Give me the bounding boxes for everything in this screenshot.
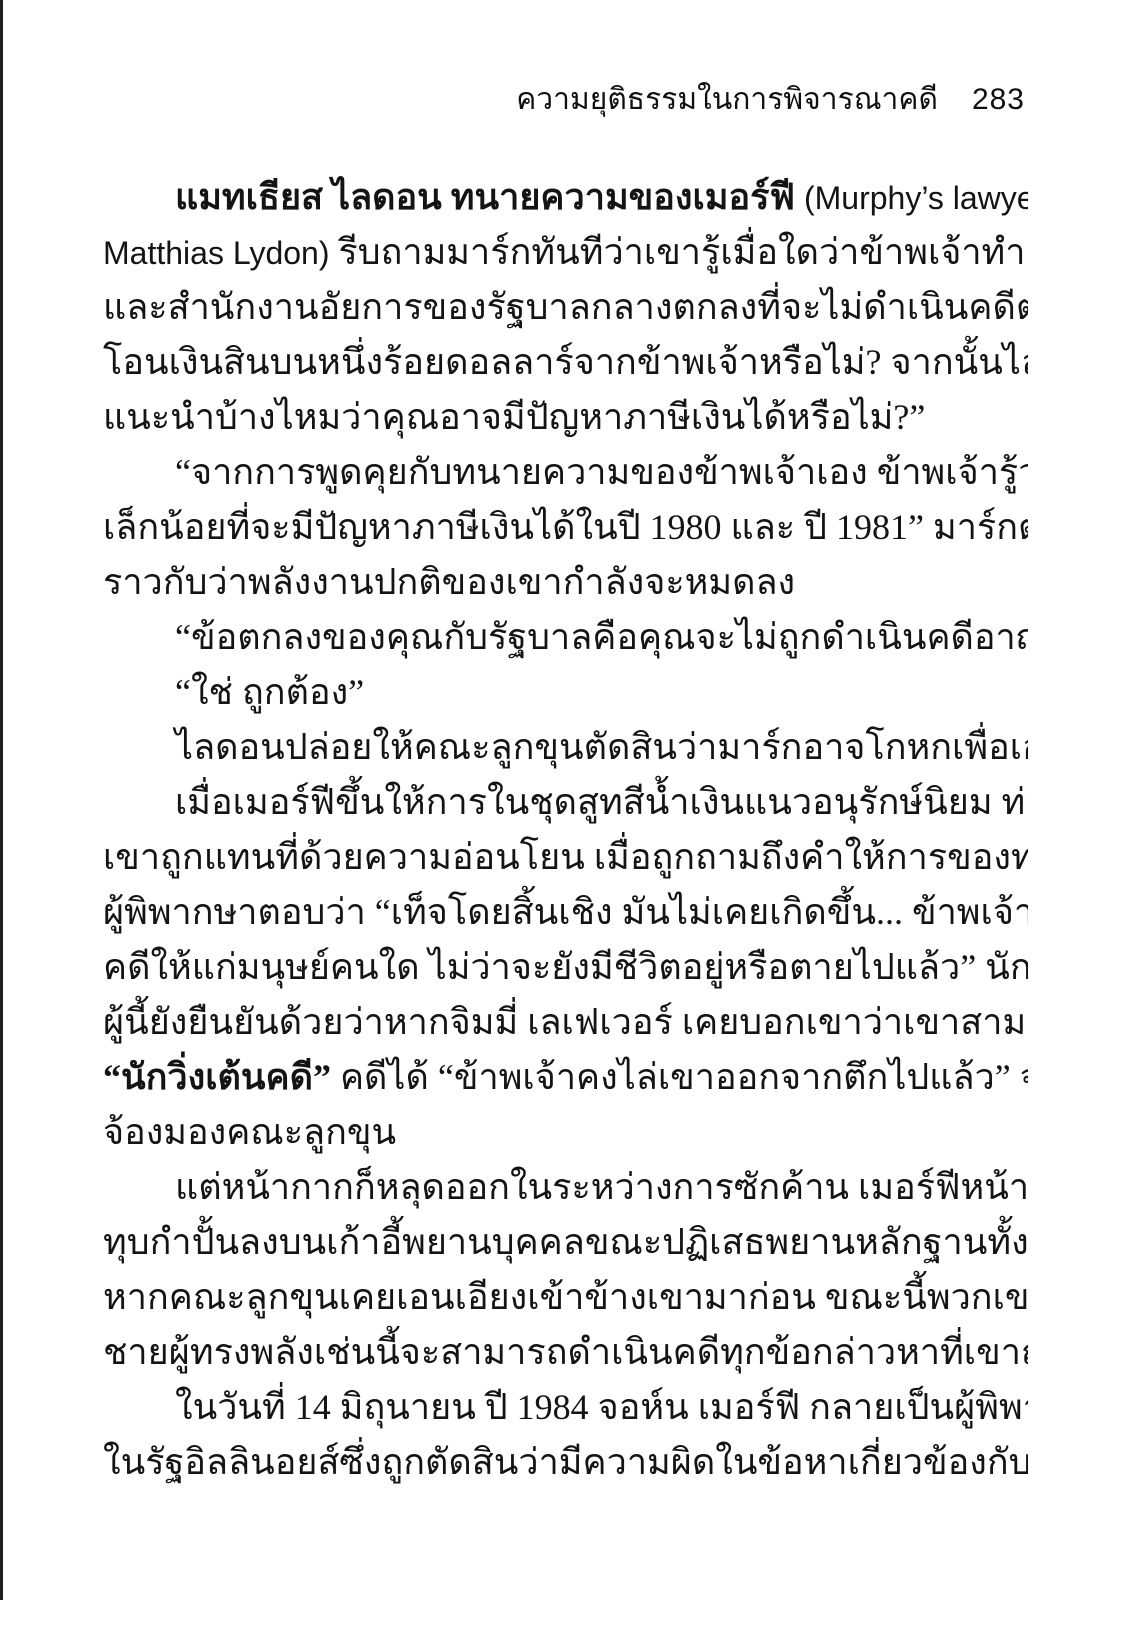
page-number: 283 (972, 82, 1025, 118)
text-line: และสำนักงานอัยการของรัฐบาลกลางตกลงที่จะไ… (103, 280, 1028, 335)
text-line: “นักวิ่งเต้นคดี” คดีได้ “ข้าพเจ้าคงไล่เข… (103, 1050, 1028, 1105)
paragraph: เมื่อเมอร์ฟีขึ้นให้การในชุดสูทสีน้ำเงินแ… (103, 775, 1028, 1160)
text-line: “จากการพูดคุยกับทนายความของข้าพเจ้าเอง ข… (103, 445, 1028, 500)
paragraph: แต่หน้ากากก็หลุดออกในระหว่างการซักค้าน เ… (103, 1160, 1028, 1380)
text-run: ในรัฐอิลลินอยส์ซึ่งถูกตัดสินว่ามีความผิด… (103, 1442, 1028, 1482)
text-line: “ใช่ ถูกต้อง” (103, 665, 1028, 720)
running-header: ความยุติธรรมในการพิจารณาคดี283 (103, 82, 1025, 118)
paragraph: แมทเธียส ไลดอน ทนายความของเมอร์ฟี (Murph… (103, 170, 1028, 445)
bold-text-run: “นักวิ่งเต้นคดี” (103, 1057, 331, 1097)
paragraph: “จากการพูดคุยกับทนายความของข้าพเจ้าเอง ข… (103, 445, 1028, 610)
text-run: Matthias Lydon) (103, 235, 338, 271)
bold-text-run: แมทเธียส ไลดอน ทนายความของเมอร์ฟี (175, 177, 804, 217)
text-line: ในรัฐอิลลินอยส์ซึ่งถูกตัดสินว่ามีความผิด… (103, 1435, 1028, 1490)
text-run: คดีได้ “ข้าพเจ้าคงไล่เขาออกจากตึกไปแล้ว”… (331, 1057, 1028, 1097)
text-run: “ข้อตกลงของคุณกับรัฐบาลคือคุณจะไม่ถูกดำเ… (175, 617, 1028, 657)
text-run: หากคณะลูกขุนเคยเอนเอียงเข้าข้างเขามาก่อน… (103, 1277, 1028, 1317)
text-run: คดีให้แก่มนุษย์คนใด ไม่ว่าจะยังมีชีวิตอย… (103, 947, 1028, 987)
text-run: ผู้พิพากษาตอบว่า “เท็จโดยสิ้นเชิง มันไม่… (103, 892, 1028, 932)
text-run: รีบถามมาร์กทันทีว่าเขารู้เมื่อใดว่าข้าพเ… (338, 232, 1028, 272)
text-run: แนะนำบ้างไหมว่าคุณอาจมีปัญหาภาษีเงินได้ห… (103, 397, 925, 437)
text-run: ไลดอนปล่อยให้คณะลูกขุนตัดสินว่ามาร์กอาจโ… (175, 727, 1028, 767)
text-run: ในวันที่ 14 มิถุนายน ปี 1984 จอห์น เมอร์… (175, 1387, 1028, 1427)
text-run: (Murphy’s lawyer, (804, 180, 1028, 216)
text-run: เมื่อเมอร์ฟีขึ้นให้การในชุดสูทสีน้ำเงินแ… (175, 782, 1028, 822)
text-run: โอนเงินสินบนหนึ่งร้อยดอลลาร์จากข้าพเจ้าห… (103, 342, 1028, 382)
text-line: ไลดอนปล่อยให้คณะลูกขุนตัดสินว่ามาร์กอาจโ… (103, 720, 1028, 775)
text-run: ราวกับว่าพลังงานปกติของเขากำลังจะหมดลง (103, 562, 795, 602)
text-line: เขาถูกแทนที่ด้วยความอ่อนโยน เมื่อถูกถามถ… (103, 830, 1028, 885)
scan-edge-line (0, 0, 3, 1600)
text-line: โอนเงินสินบนหนึ่งร้อยดอลลาร์จากข้าพเจ้าห… (103, 335, 1028, 390)
text-line: Matthias Lydon) รีบถามมาร์กทันทีว่าเขารู… (103, 225, 1028, 280)
text-line: เล็กน้อยที่จะมีปัญหาภาษีเงินได้ในปี 1980… (103, 500, 1028, 555)
paragraph: ไลดอนปล่อยให้คณะลูกขุนตัดสินว่ามาร์กอาจโ… (103, 720, 1028, 775)
text-line: ราวกับว่าพลังงานปกติของเขากำลังจะหมดลง (103, 555, 1028, 610)
text-line: แมทเธียส ไลดอน ทนายความของเมอร์ฟี (Murph… (103, 170, 1028, 225)
text-line: เมื่อเมอร์ฟีขึ้นให้การในชุดสูทสีน้ำเงินแ… (103, 775, 1028, 830)
text-run: ทุบกำปั้นลงบนเก้าอี้พยานบุคคลขณะปฏิเสธพย… (103, 1222, 1028, 1262)
page-body: แมทเธียส ไลดอน ทนายความของเมอร์ฟี (Murph… (103, 170, 1028, 1490)
book-page: ความยุติธรรมในการพิจารณาคดี283 แมทเธียส … (0, 0, 1126, 1638)
text-run: จ้องมองคณะลูกขุน (103, 1112, 396, 1152)
text-line: คดีให้แก่มนุษย์คนใด ไม่ว่าจะยังมีชีวิตอย… (103, 940, 1028, 995)
text-run: “ใช่ ถูกต้อง” (175, 672, 364, 712)
text-line: แต่หน้ากากก็หลุดออกในระหว่างการซักค้าน เ… (103, 1160, 1028, 1215)
paragraph: “ใช่ ถูกต้อง” (103, 665, 1028, 720)
text-line: ทุบกำปั้นลงบนเก้าอี้พยานบุคคลขณะปฏิเสธพย… (103, 1215, 1028, 1270)
text-run: “จากการพูดคุยกับทนายความของข้าพเจ้าเอง ข… (175, 452, 1028, 492)
text-line: จ้องมองคณะลูกขุน (103, 1105, 1028, 1160)
text-run: ผู้นี้ยังยืนยันด้วยว่าหากจิมมี่ เลเฟเวอร… (103, 1002, 1028, 1042)
text-line: ชายผู้ทรงพลังเช่นนี้จะสามารถดำเนินคดีทุก… (103, 1325, 1028, 1380)
text-line: ในวันที่ 14 มิถุนายน ปี 1984 จอห์น เมอร์… (103, 1380, 1028, 1435)
text-run: เขาถูกแทนที่ด้วยความอ่อนโยน เมื่อถูกถามถ… (103, 837, 1028, 877)
text-line: แนะนำบ้างไหมว่าคุณอาจมีปัญหาภาษีเงินได้ห… (103, 390, 1028, 445)
text-run: ชายผู้ทรงพลังเช่นนี้จะสามารถดำเนินคดีทุก… (103, 1332, 1028, 1372)
chapter-title: ความยุติธรรมในการพิจารณาคดี (516, 83, 938, 116)
text-run: แต่หน้ากากก็หลุดออกในระหว่างการซักค้าน เ… (175, 1167, 1028, 1207)
text-run: และสำนักงานอัยการของรัฐบาลกลางตกลงที่จะไ… (103, 287, 1028, 327)
paragraph: ในวันที่ 14 มิถุนายน ปี 1984 จอห์น เมอร์… (103, 1380, 1028, 1490)
text-line: หากคณะลูกขุนเคยเอนเอียงเข้าข้างเขามาก่อน… (103, 1270, 1028, 1325)
text-line: ผู้นี้ยังยืนยันด้วยว่าหากจิมมี่ เลเฟเวอร… (103, 995, 1028, 1050)
text-line: “ข้อตกลงของคุณกับรัฐบาลคือคุณจะไม่ถูกดำเ… (103, 610, 1028, 665)
text-line: ผู้พิพากษาตอบว่า “เท็จโดยสิ้นเชิง มันไม่… (103, 885, 1028, 940)
paragraph: “ข้อตกลงของคุณกับรัฐบาลคือคุณจะไม่ถูกดำเ… (103, 610, 1028, 665)
text-run: เล็กน้อยที่จะมีปัญหาภาษีเงินได้ในปี 1980… (103, 507, 1028, 547)
